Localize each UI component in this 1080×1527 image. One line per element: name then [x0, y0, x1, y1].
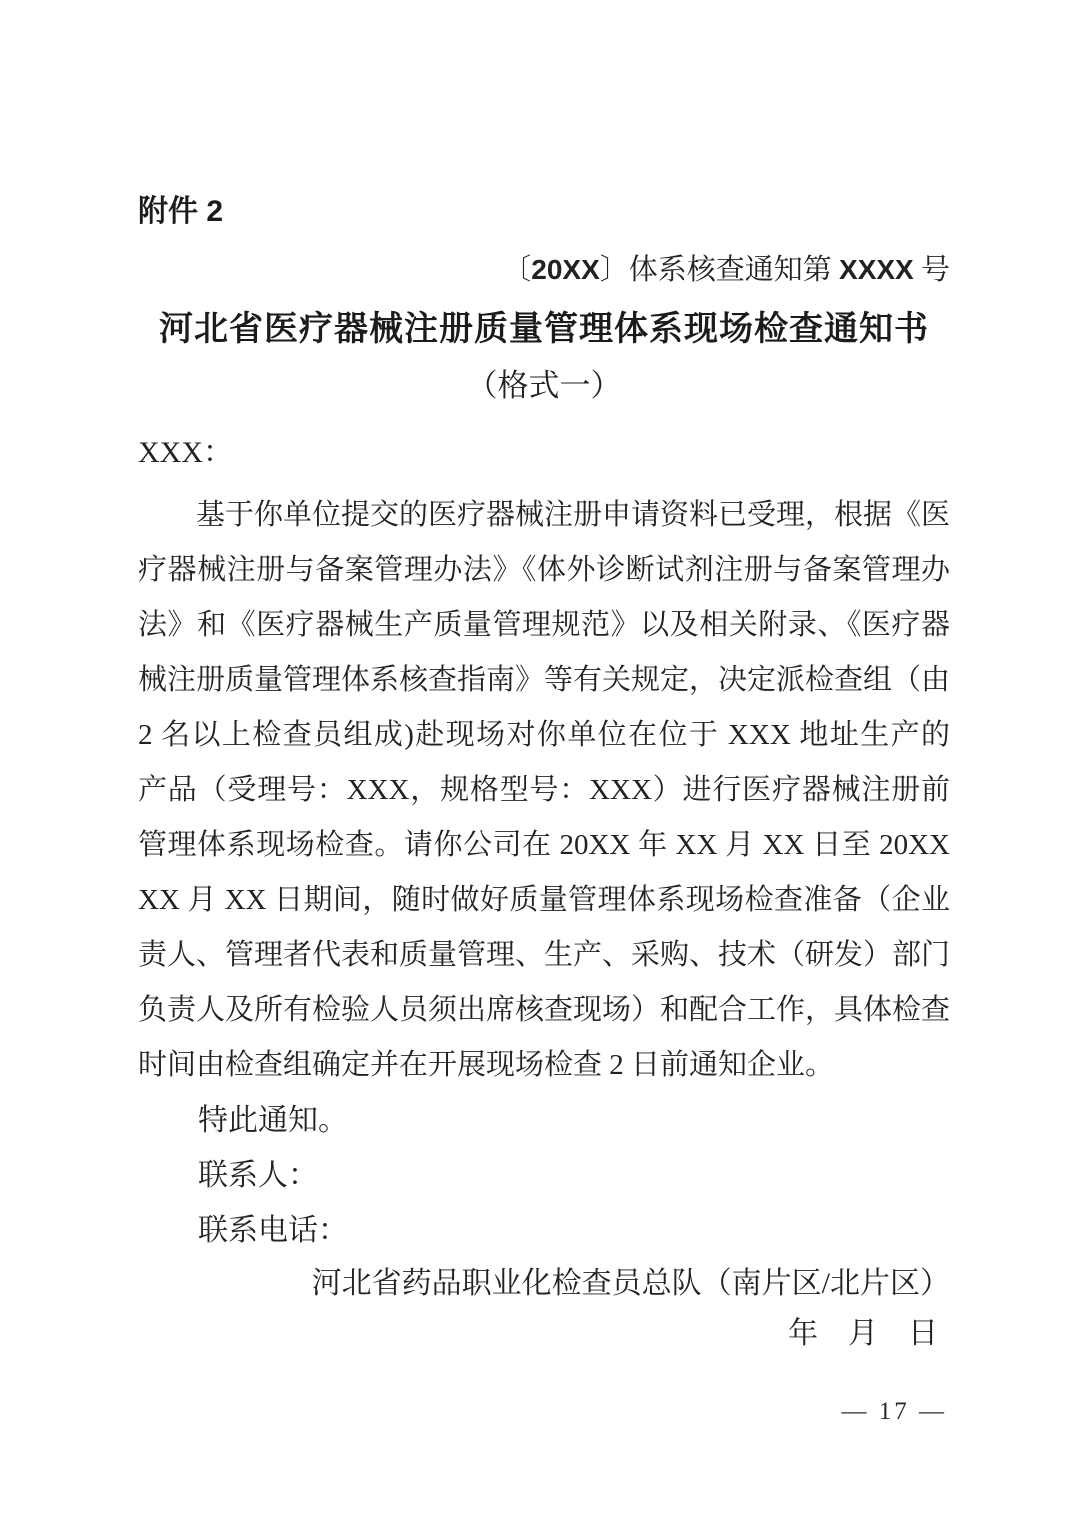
page-subtitle: （格式一） — [138, 368, 950, 404]
body-line: XX 月 XX 日期间，随时做好质量管理体系现场检查准备（企业负 — [138, 873, 950, 928]
closing-line: 特此通知。 — [138, 1093, 950, 1148]
body-line: 疗器械注册与备案管理办法》《体外诊断试剂注册与备案管理办 — [138, 543, 950, 598]
doc-number: 〔20XX〕体系核查通知第 XXXX 号 — [138, 254, 950, 286]
attachment-label: 附件 2 — [138, 196, 950, 228]
date-line: 年 月 日 — [138, 1310, 950, 1358]
body-line: 械注册质量管理体系核查指南》等有关规定，决定派检查组（由 — [138, 653, 950, 708]
doc-number-open-bracket: 〔 — [502, 254, 531, 286]
document-page: 附件 2 〔20XX〕体系核查通知第 XXXX 号 河北省医疗器械注册质量管理体… — [0, 0, 1080, 1527]
salutation: XXX： — [138, 436, 950, 470]
doc-number-middle: 〕体系核查通知第 — [600, 254, 839, 286]
document-content: 附件 2 〔20XX〕体系核查通知第 XXXX 号 河北省医疗器械注册质量管理体… — [138, 196, 950, 1358]
body-line: 2 名以上检查员组成)赴现场对你单位在位于 XXX 地址生产的 XXX — [138, 708, 950, 763]
page-title: 河北省医疗器械注册质量管理体系现场检查通知书 — [138, 310, 950, 350]
issuer-line: 河北省药品职业化检查员总队（南片区/北片区） — [138, 1258, 950, 1310]
body-line: 责人、管理者代表和质量管理、生产、采购、技术（研发）部门 — [138, 928, 950, 983]
contact-person-label: 联系人： — [138, 1148, 950, 1203]
page-number: — 17 — — [842, 1398, 948, 1426]
contact-phone-label: 联系电话： — [138, 1203, 950, 1258]
body-line: 管理体系现场检查。请你公司在 20XX 年 XX 月 XX 日至 20XX 年 — [138, 818, 950, 873]
doc-number-serial: XXXX — [839, 254, 914, 285]
body-line: 时间由检查组确定并在开展现场检查 2 日前通知企业。 — [138, 1038, 950, 1093]
body-line: 产品（受理号：XXX，规格型号：XXX）进行医疗器械注册前质量 — [138, 763, 950, 818]
body-line: 法》和《医疗器械生产质量管理规范》以及相关附录、《医疗器 — [138, 598, 950, 653]
body-paragraph: 基于你单位提交的医疗器械注册申请资料已受理，根据《医 疗器械注册与备案管理办法》… — [138, 488, 950, 1093]
body-line: 基于你单位提交的医疗器械注册申请资料已受理，根据《医 — [138, 488, 950, 543]
body-line: 负责人及所有检验人员须出席核查现场）和配合工作，具体检查 — [138, 983, 950, 1038]
doc-number-year: 20XX — [531, 254, 600, 285]
doc-number-suffix: 号 — [914, 254, 950, 286]
